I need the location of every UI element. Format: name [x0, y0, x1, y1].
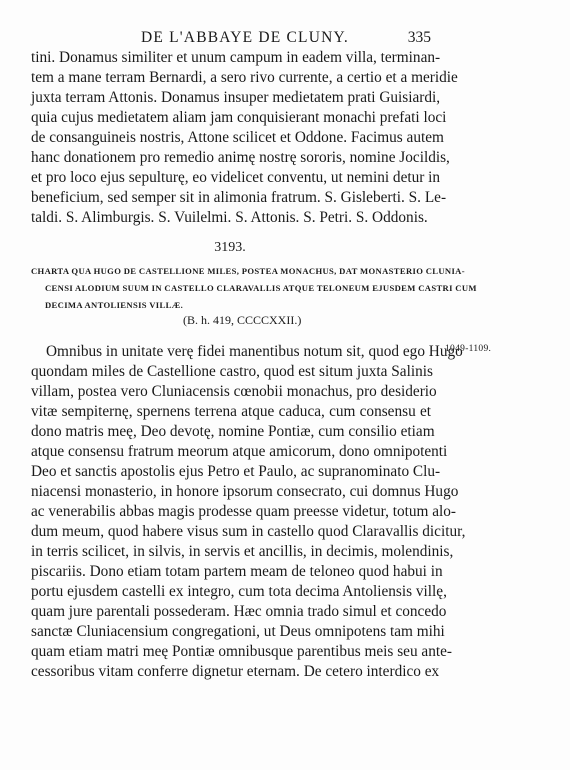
page-number: 335	[408, 29, 431, 47]
text-line: quam etiam matri meę Pontiæ omnibusque p…	[31, 642, 431, 662]
text-line: ac venerabilis abbas magis prodesse quam…	[31, 502, 431, 522]
text-line: beneficium, sed semper sit in alimonia f…	[31, 188, 431, 208]
text-line: sanctæ Cluniacensium congregationi, ut D…	[31, 622, 431, 642]
text-line: piscariis. Dono etiam totam partem meam …	[31, 562, 431, 582]
text-line: juxta terram Attonis. Donamus insuper me…	[31, 88, 431, 108]
text-line: niacensi monasterio, in honore ipsorum c…	[31, 482, 431, 502]
source-citation: (B. h. 419, CCCCXXII.)	[183, 313, 301, 328]
text-line: dum meum, quod habere visus sum in caste…	[31, 522, 431, 542]
text-line: dono matris meę, Deo devotę, nomine Pont…	[31, 422, 431, 442]
summary-line: CHARTA QUA HUGO DE CASTELLIONE MILES, PO…	[31, 263, 429, 280]
text-line: et pro loco ejus sepulturę, eo videlicet…	[31, 168, 431, 188]
text-line: quam jure parentali possederam. Hæc omni…	[31, 602, 431, 622]
text-line: tem a mane terram Bernardi, a sero rivo …	[31, 68, 431, 88]
charter-number: 3193.	[0, 240, 460, 256]
running-head-title: DE L'ABBAYE DE CLUNY.	[141, 29, 349, 47]
text-line: atque consensu fratrum meorum atque amic…	[31, 442, 431, 462]
text-line: tini. Donamus similiter et unum campum i…	[31, 48, 431, 68]
text-line: quondam miles de Castellione castro, quo…	[31, 362, 431, 382]
book-page: DE L'ABBAYE DE CLUNY. 335 tini. Donamus …	[0, 0, 570, 770]
text-line: hanc donationem pro remedio animę nostrę…	[31, 148, 431, 168]
summary-line: DECIMA ANTOLIENSIS VILLÆ.	[45, 297, 245, 314]
text-line: taldi. S. Alimburgis. S. Vuilelmi. S. At…	[31, 208, 431, 228]
text-line: Deo et sanctis apostolis ejus Petro et P…	[31, 462, 431, 482]
text-line: de consanguineis nostris, Attone scilice…	[31, 128, 431, 148]
text-line: vitæ sempiternę, spernens terrena atque …	[31, 402, 431, 422]
text-line: in terris scilicet, in silvis, in servis…	[31, 542, 431, 562]
running-head: DE L'ABBAYE DE CLUNY. 335	[31, 29, 431, 49]
text-line: cessoribus vitam conferre dignetur etern…	[31, 662, 431, 682]
text-line: villam, postea vero Cluniacensis cœnobii…	[31, 382, 431, 402]
text-line: quia cujus medietatem aliam jam conquisi…	[31, 108, 431, 128]
text-line: Omnibus in unitate verę fidei manentibus…	[46, 342, 431, 362]
summary-line: CENSI ALODIUM SUUM IN CASTELLO CLARAVALL…	[45, 280, 429, 297]
text-line: portu ejusdem castelli ex integro, cum t…	[31, 582, 431, 602]
